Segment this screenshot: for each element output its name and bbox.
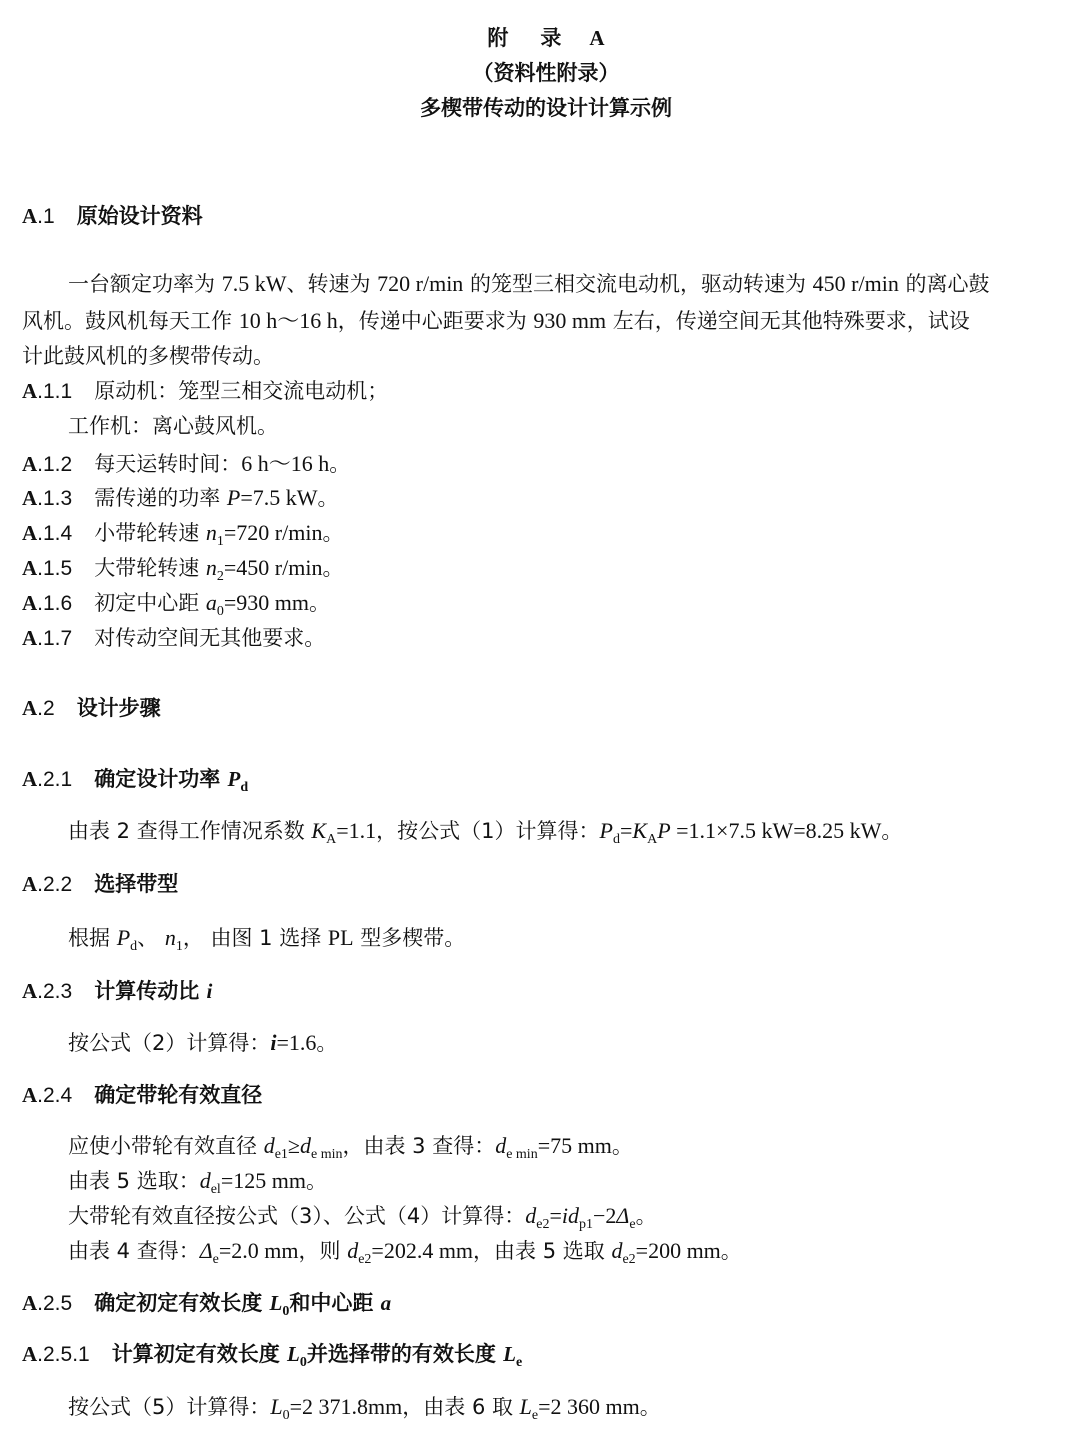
item-a1-2: A.1.2每天运转时间：6 h～16 h。 <box>22 447 350 478</box>
item-a1-5: A.1.5大带轮转速 n2=450 r/min。 <box>22 552 343 582</box>
appendix-type: （资料性附录） <box>0 57 1092 87</box>
subsection-heading-a2-5: A.2.5确定初定有效长度 L0和中心距 a <box>22 1287 391 1317</box>
paragraph-a2-4-line3: 大带轮有效直径按公式（3）、公式（4）计算得：de2=idp1−2Δe。 <box>68 1200 657 1230</box>
appendix-char-2: 录 <box>540 26 561 50</box>
subsection-heading-a2-3: A.2.3计算传动比 i <box>22 975 212 1005</box>
section-heading-a2: A.2设计步骤 <box>22 692 161 722</box>
intro-paragraph-line2: 风机。鼓风机每天工作 10 h～16 h，传递中心距要求为 930 mm 左右，… <box>22 304 970 335</box>
item-a1-1-continuation: 工作机：离心鼓风机。 <box>68 410 278 440</box>
paragraph-a2-4-line1: 应使小带轮有效直径 de1≥de min，由表 3 查得：de min=75 m… <box>68 1130 633 1160</box>
section-heading-a1: A.1原始设计资料 <box>22 200 203 230</box>
item-a1-7: A.1.7对传动空间无其他要求。 <box>22 622 325 652</box>
paragraph-a2-5-1: 按公式（5）计算得：L0=2 371.8mm，由表 6 取 Le=2 360 m… <box>68 1391 661 1421</box>
subsection-heading-a2-4: A.2.4确定带轮有效直径 <box>22 1079 262 1109</box>
appendix-title: 附录A <box>0 22 1092 52</box>
intro-paragraph-line1: 一台额定功率为 7.5 kW、转速为 720 r/min 的笼型三相交流电动机，… <box>68 268 990 298</box>
section-title: 原始设计资料 <box>77 204 203 228</box>
item-a1-4: A.1.4小带轮转速 n1=720 r/min。 <box>22 517 343 547</box>
appendix-char-1: 附 <box>487 26 508 50</box>
item-a1-6: A.1.6初定中心距 a0=930 mm。 <box>22 587 330 617</box>
paragraph-a2-2: 根据 Pd、 n1， 由图 1 选择 PL 型多楔带。 <box>68 922 465 952</box>
document-title: 多楔带传动的设计计算示例 <box>0 92 1092 122</box>
paragraph-a2-3: 按公式（2）计算得：i=1.6。 <box>68 1027 337 1057</box>
item-a1-3: A.1.3需传递的功率 P=7.5 kW。 <box>22 482 339 512</box>
subsection-heading-a2-1: A.2.1确定设计功率 Pd <box>22 763 248 793</box>
paragraph-a2-1: 由表 2 查得工作情况系数 KA=1.1，按公式（1）计算得：Pd=KAP =1… <box>68 815 902 845</box>
item-a1-1: A.1.1原动机：笼型三相交流电动机； <box>22 375 388 405</box>
intro-paragraph-line3: 计此鼓风机的多楔带传动。 <box>22 340 274 370</box>
paragraph-a2-4-line4: 由表 4 查得：Δe=2.0 mm，则 de2=202.4 mm，由表 5 选取… <box>68 1235 742 1265</box>
subsection-heading-a2-2: A.2.2选择带型 <box>22 868 178 898</box>
subsection-heading-a2-5-1: A.2.5.1计算初定有效长度 L0并选择带的有效长度 Le <box>22 1338 522 1368</box>
appendix-letter: A <box>589 26 604 50</box>
paragraph-a2-4-line2: 由表 5 选取：del=125 mm。 <box>68 1165 327 1195</box>
